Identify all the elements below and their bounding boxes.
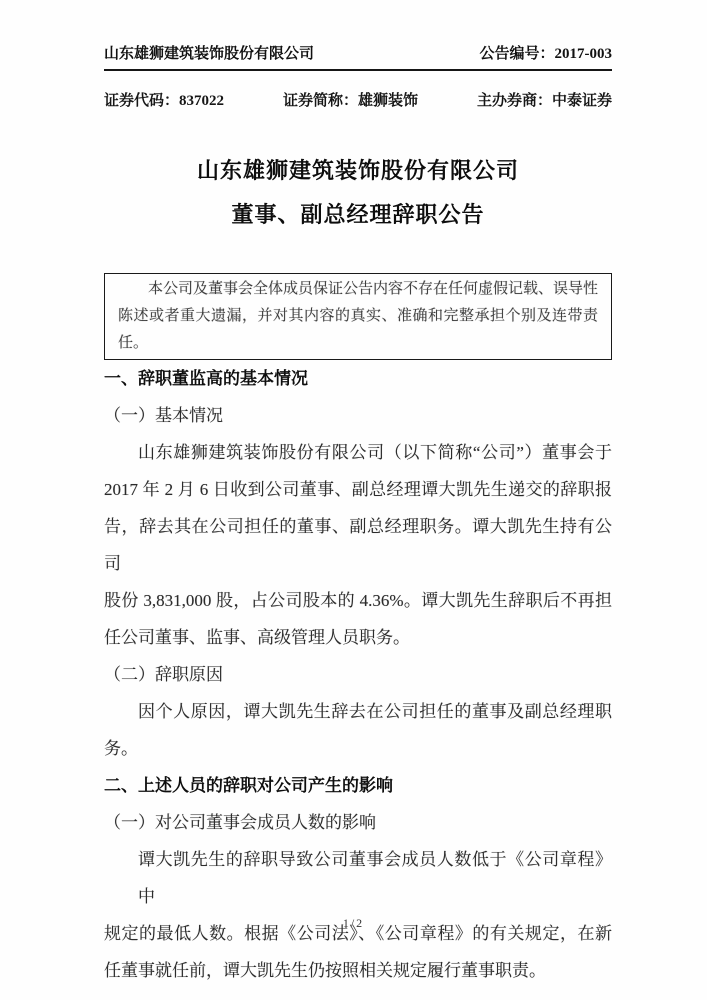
body-line: 务。 (104, 730, 612, 767)
disclaimer-text: 本公司及董事会全体成员保证公告内容不存在任何虚假记载、误导性陈述或者重大遗漏，并… (118, 276, 598, 357)
body-line: 告，辞去其在公司担任的董事、副总经理职务。谭大凯先生持有公司 (104, 508, 612, 582)
document-page: 山东雄狮建筑装饰股份有限公司 公告编号：2017-003 证券代码：837022… (0, 0, 707, 1000)
page-header: 山东雄狮建筑装饰股份有限公司 公告编号：2017-003 (104, 44, 612, 71)
sponsor-broker: 主办券商：中泰证券 (477, 91, 612, 111)
title-line-company: 山东雄狮建筑装饰股份有限公司 (104, 149, 612, 193)
subsection-heading: （一）基本情况 (104, 397, 612, 434)
body-line: 任董事就任前，谭大凯先生仍按照相关规定履行董事职责。 (104, 952, 612, 989)
header-company-name: 山东雄狮建筑装饰股份有限公司 (104, 44, 314, 64)
stock-short-name: 证券简称：雄狮装饰 (283, 91, 418, 111)
document-body: 一、辞职董监高的基本情况 （一）基本情况 山东雄狮建筑装饰股份有限公司（以下简称… (104, 360, 612, 989)
body-line: 谭大凯先生的辞职导致公司董事会成员人数低于《公司章程》中 (104, 841, 612, 915)
disclaimer-box: 本公司及董事会全体成员保证公告内容不存在任何虚假记载、误导性陈述或者重大遗漏，并… (104, 273, 612, 360)
body-line: 任公司董事、监事、高级管理人员职务。 (104, 619, 612, 656)
stock-code: 证券代码：837022 (104, 91, 224, 111)
document-content: 山东雄狮建筑装饰股份有限公司 公告编号：2017-003 证券代码：837022… (104, 0, 612, 989)
announcement-number: 公告编号：2017-003 (480, 44, 613, 64)
body-line: 2017 年 2 月 6 日收到公司董事、副总经理谭大凯先生递交的辞职报 (104, 471, 612, 508)
body-line: 因个人原因，谭大凯先生辞去在公司担任的董事及副总经理职 (104, 693, 612, 730)
title-line-subject: 董事、副总经理辞职公告 (104, 193, 612, 237)
document-title: 山东雄狮建筑装饰股份有限公司 董事、副总经理辞职公告 (104, 149, 612, 237)
body-line: 山东雄狮建筑装饰股份有限公司（以下简称“公司”）董事会于 (104, 434, 612, 471)
subsection-heading: （二）辞职原因 (104, 656, 612, 693)
section-heading-2: 二、上述人员的辞职对公司产生的影响 (104, 767, 612, 804)
page-number: 1/2 (0, 916, 707, 931)
body-line: 股份 3,831,000 股，占公司股本的 4.36%。谭大凯先生辞职后不再担 (104, 582, 612, 619)
subsection-heading: （一）对公司董事会成员人数的影响 (104, 804, 612, 841)
securities-info-row: 证券代码：837022 证券简称：雄狮装饰 主办券商：中泰证券 (104, 91, 612, 111)
section-heading-1: 一、辞职董监高的基本情况 (104, 360, 612, 397)
